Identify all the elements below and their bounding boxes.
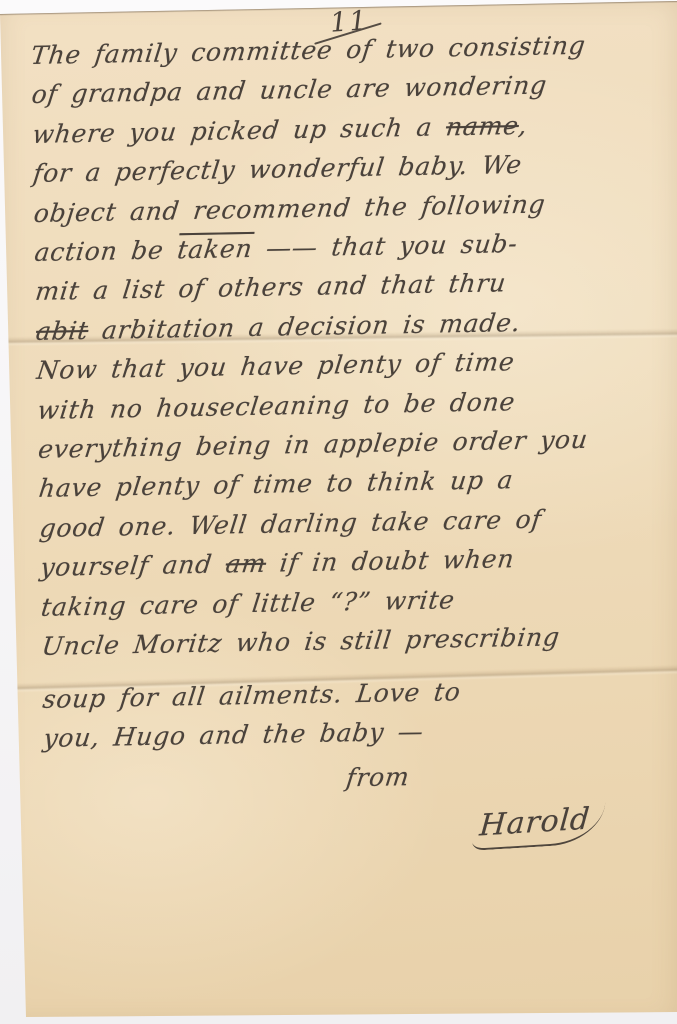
word-segment: Uncle Moritz who is still prescribing xyxy=(40,622,561,661)
word-segment: Harold xyxy=(472,798,606,851)
word-segment: —— that you sub- xyxy=(251,229,520,263)
word-segment: action be xyxy=(33,235,179,267)
word-segment: mit a list of others and that thru xyxy=(34,269,508,307)
word-segment: arbitation a decision is made. xyxy=(87,308,523,345)
struck-word-segment: name xyxy=(444,111,520,141)
word-segment: soup for all ailments. Love to xyxy=(41,677,462,714)
word-segment: you, Hugo and the baby — xyxy=(42,717,426,753)
letter-paper-sheet: 11 The family committee of two consistin… xyxy=(0,0,677,1024)
handwritten-text-block: The family committee of two consistingof… xyxy=(28,24,677,856)
word-segment: of grandpa and uncle are wondering xyxy=(30,71,549,110)
struck-word-segment: am xyxy=(224,549,268,579)
word-segment: where you picked up such a xyxy=(31,112,448,149)
word-segment: object and recommend the following xyxy=(32,189,547,227)
word-segment: taking care of little “?” write xyxy=(39,585,456,622)
word-segment: Now that you have plenty of time xyxy=(35,347,516,385)
word-segment: with no housecleaning to be done xyxy=(36,387,517,425)
word-segment: The family committee of two consisting xyxy=(29,31,587,70)
word-segment: have plenty of time to think up a xyxy=(37,466,515,504)
word-segment: if in doubt when xyxy=(264,544,516,578)
signature-line: Harold xyxy=(471,800,677,848)
word-segment: everything being in applepie order you xyxy=(37,425,590,464)
word-segment: for a perfectly wonderful baby. We xyxy=(32,150,524,188)
closing-line: from xyxy=(344,752,677,798)
word-segment: from xyxy=(345,762,412,792)
word-segment: taken xyxy=(176,234,255,264)
word-segment: , xyxy=(517,111,529,140)
struck-word-segment: abit xyxy=(34,316,90,346)
word-segment: good one. Well darling take care of xyxy=(38,505,543,543)
word-segment: yourself and xyxy=(39,550,228,582)
scanned-letter-page: 11 The family committee of two consistin… xyxy=(0,0,677,1024)
